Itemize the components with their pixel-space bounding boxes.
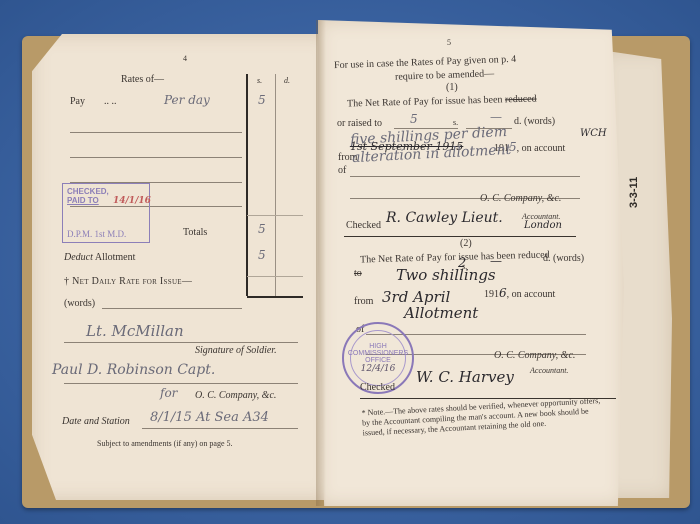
spine-shadow [316, 20, 326, 506]
deduct-allotment: Allotment [95, 252, 136, 263]
s1-initials: WCH [580, 128, 607, 139]
s2-year: 1916, on account [484, 286, 555, 300]
s1-accountant-place: London [524, 220, 562, 231]
oc-for: for [160, 386, 177, 400]
net-rate-label: † Net Daily Rate for Issue— [64, 276, 192, 287]
oc-line [64, 383, 298, 384]
s2-accountant-label: Accountant. [530, 366, 568, 375]
pay-dots: .. .. [104, 96, 117, 107]
col-s-header: s. [257, 76, 262, 85]
stamp-date: 12/4/16 [361, 364, 396, 374]
raised-to-label: or raised to [337, 118, 382, 129]
s1-pence: — [490, 110, 502, 124]
section1-number: (1) [446, 82, 458, 93]
column-divider-sd [275, 74, 276, 296]
pay-label: Pay [70, 96, 85, 107]
right-page-number: 5 [447, 38, 451, 47]
rates-heading: Rates of— [121, 74, 164, 85]
left-footer: Subject to amendments (if any) on page 5… [97, 439, 233, 448]
s2-year-prefix: 191 [484, 289, 499, 300]
blank-line [70, 132, 242, 133]
stamp-line3: D.P.M. 1st M.D. [67, 229, 126, 239]
stamp-ring-text: HIGH COMMISSIONERS OFFICE [348, 343, 408, 364]
section-divider [344, 236, 576, 237]
words-label: (words) [64, 298, 95, 309]
s2-of-value: Allotment [404, 304, 478, 322]
soldier-signature-label: Signature of Soldier. [195, 345, 277, 356]
soldier-signature: Lt. McMillan [86, 322, 184, 340]
totals-shillings: 5 [258, 222, 266, 236]
s2-to-label: to [354, 268, 362, 279]
deduct-label: Deduct Allotment [64, 252, 135, 263]
pay-handwritten: Per day [164, 93, 210, 107]
s2-oc-label: O. C. Company, &c. [494, 350, 575, 361]
s1-on-account: , on account [517, 143, 566, 154]
s1-oc-label: O. C. Company, &c. [480, 193, 561, 204]
net-rule [247, 276, 303, 277]
s1-d-label: d. (words) [514, 116, 555, 127]
checked-paid-stamp: CHECKED, PAID TO 14/1/16 D.P.M. 1st M.D. [62, 183, 150, 243]
s2-checked-label: Checked [360, 382, 395, 393]
date-station-label: Date and Station [62, 416, 130, 427]
s2-checked-signature: W. C. Harvey [416, 368, 514, 386]
deduct-shillings: 5 [258, 248, 266, 262]
s2-on-account: , on account [507, 289, 556, 300]
words-line [102, 308, 242, 309]
stamp-line1: CHECKED, [67, 187, 145, 196]
s1-of-label: of [338, 165, 346, 176]
oc-signature: Paul D. Robinson Capt. [52, 362, 215, 378]
s2-d-label: d. (words) [543, 253, 584, 264]
s1-checked-label: Checked [346, 220, 381, 231]
totals-label: Totals [183, 227, 207, 238]
date-station-value: 8/1/15 At Sea A34 [150, 410, 269, 425]
pay-shillings: 5 [258, 93, 266, 107]
s1-shillings: 5 [410, 112, 418, 126]
oc-label: O. C. Company, &c. [195, 390, 276, 401]
blank-line [70, 157, 242, 158]
section2-number: (2) [460, 238, 472, 249]
column-divider-main [246, 74, 248, 296]
column-bottom-rule [247, 296, 303, 298]
left-page-number: 4 [183, 54, 187, 63]
edge-page-number: 3-3-11 [628, 177, 640, 208]
blank-line [350, 176, 580, 177]
col-d-header: d. [284, 76, 290, 85]
date-station-line [142, 428, 298, 429]
stamp-inner: HIGH COMMISSIONERS OFFICE 12/4/16 [350, 330, 406, 386]
signature-line [64, 342, 298, 343]
s1-checked-signature: R. Cawley Lieut. [386, 210, 503, 226]
totals-rule [247, 215, 303, 216]
s2-year-suffix: 6 [499, 286, 507, 300]
deduct-italic: Deduct [64, 252, 93, 263]
stamp-date: 14/1/16 [113, 196, 151, 206]
s2-from-label: from [354, 296, 373, 307]
section1-struck: reduced [505, 94, 537, 106]
s2-words: Two shillings [396, 266, 496, 284]
